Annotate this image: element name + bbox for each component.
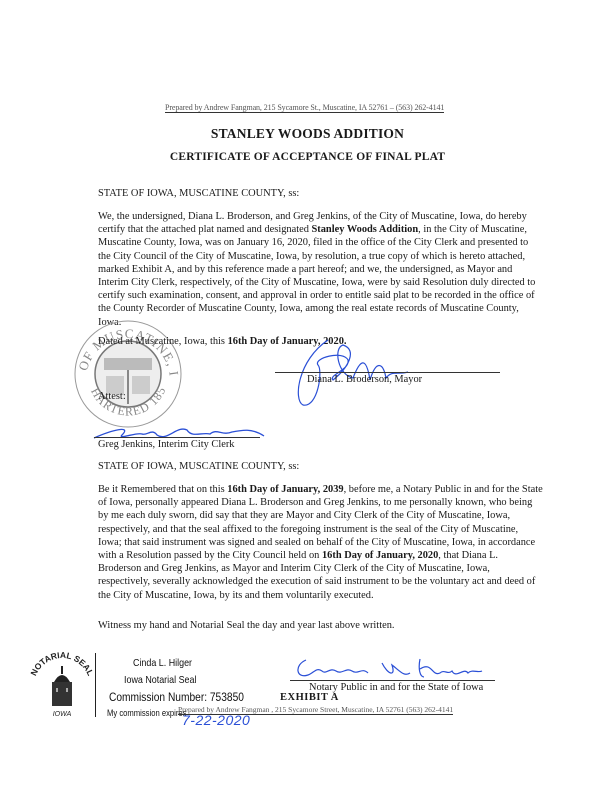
mayor-signature [288, 330, 448, 410]
notarial-seal-icon: NOTARIAL SEAL IOWA [28, 652, 96, 720]
document-subtitle: CERTIFICATE OF ACCEPTANCE OF FINAL PLAT [0, 151, 615, 163]
mayor-signature-label: Diana L. Broderson, Mayor [307, 373, 422, 386]
acknowledgment-paragraph: Be it Remembered that on this 16th Day o… [98, 483, 543, 602]
svg-text:IOWA: IOWA [53, 711, 72, 718]
witness-line: Witness my hand and Notarial Seal the da… [98, 619, 395, 632]
notary-signature [292, 655, 492, 683]
ack-text: Be it Remembered that on this [98, 484, 227, 495]
certification-paragraph: We, the undersigned, Diana L. Broderson,… [98, 210, 538, 329]
plat-name: Stanley Woods Addition [312, 224, 419, 235]
certification-text-cont: , in the City of Muscatine, Muscatine Co… [98, 224, 535, 327]
venue-heading-1: STATE OF IOWA, MUSCATINE COUNTY, ss: [98, 187, 299, 200]
notary-stamp-divider [95, 653, 96, 717]
notary-name: Cinda L. Hilger [133, 657, 192, 669]
clerk-signature-label: Greg Jenkins, Interim City Clerk [98, 438, 235, 451]
ack-date-2: 16th Day of January, 2020 [322, 550, 438, 561]
attest-label: Attest: [98, 390, 126, 403]
venue-heading-2: STATE OF IOWA, MUSCATINE COUNTY, ss: [98, 460, 299, 473]
commission-number: Commission Number: 753850 [109, 690, 244, 704]
ack-date-1: 16th Day of January, 2039 [227, 484, 343, 495]
prepared-by-footer: Prepared by Andrew Fangman , 215 Sycamor… [178, 705, 453, 715]
prepared-by-header: Prepared by Andrew Fangman, 215 Sycamore… [165, 103, 444, 113]
commission-expires-label: My commission expires [107, 708, 187, 718]
dated-prefix: Dated at Muscatine, Iowa, this [98, 336, 228, 347]
document-title: STANLEY WOODS ADDITION [0, 126, 615, 142]
exhibit-label: EXHIBIT A [280, 692, 339, 703]
notary-seal-label: Iowa Notarial Seal [124, 674, 196, 686]
